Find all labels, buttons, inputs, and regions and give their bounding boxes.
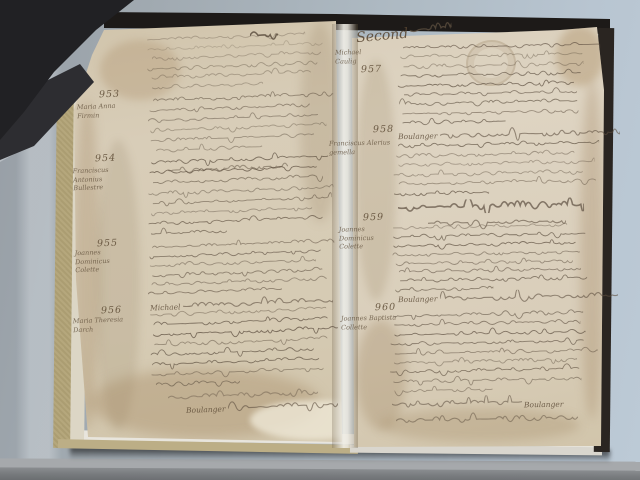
stain <box>100 40 180 100</box>
manuscript-photo: 953Maria AnnaFirmin954Franciscus Antoniu… <box>0 0 640 480</box>
ink-show-through <box>356 320 406 430</box>
stain <box>580 80 604 420</box>
ink-show-through <box>356 60 396 300</box>
stain <box>556 26 604 86</box>
book-gutter <box>332 24 358 448</box>
stain <box>380 408 580 442</box>
table-front-edge <box>0 467 640 480</box>
